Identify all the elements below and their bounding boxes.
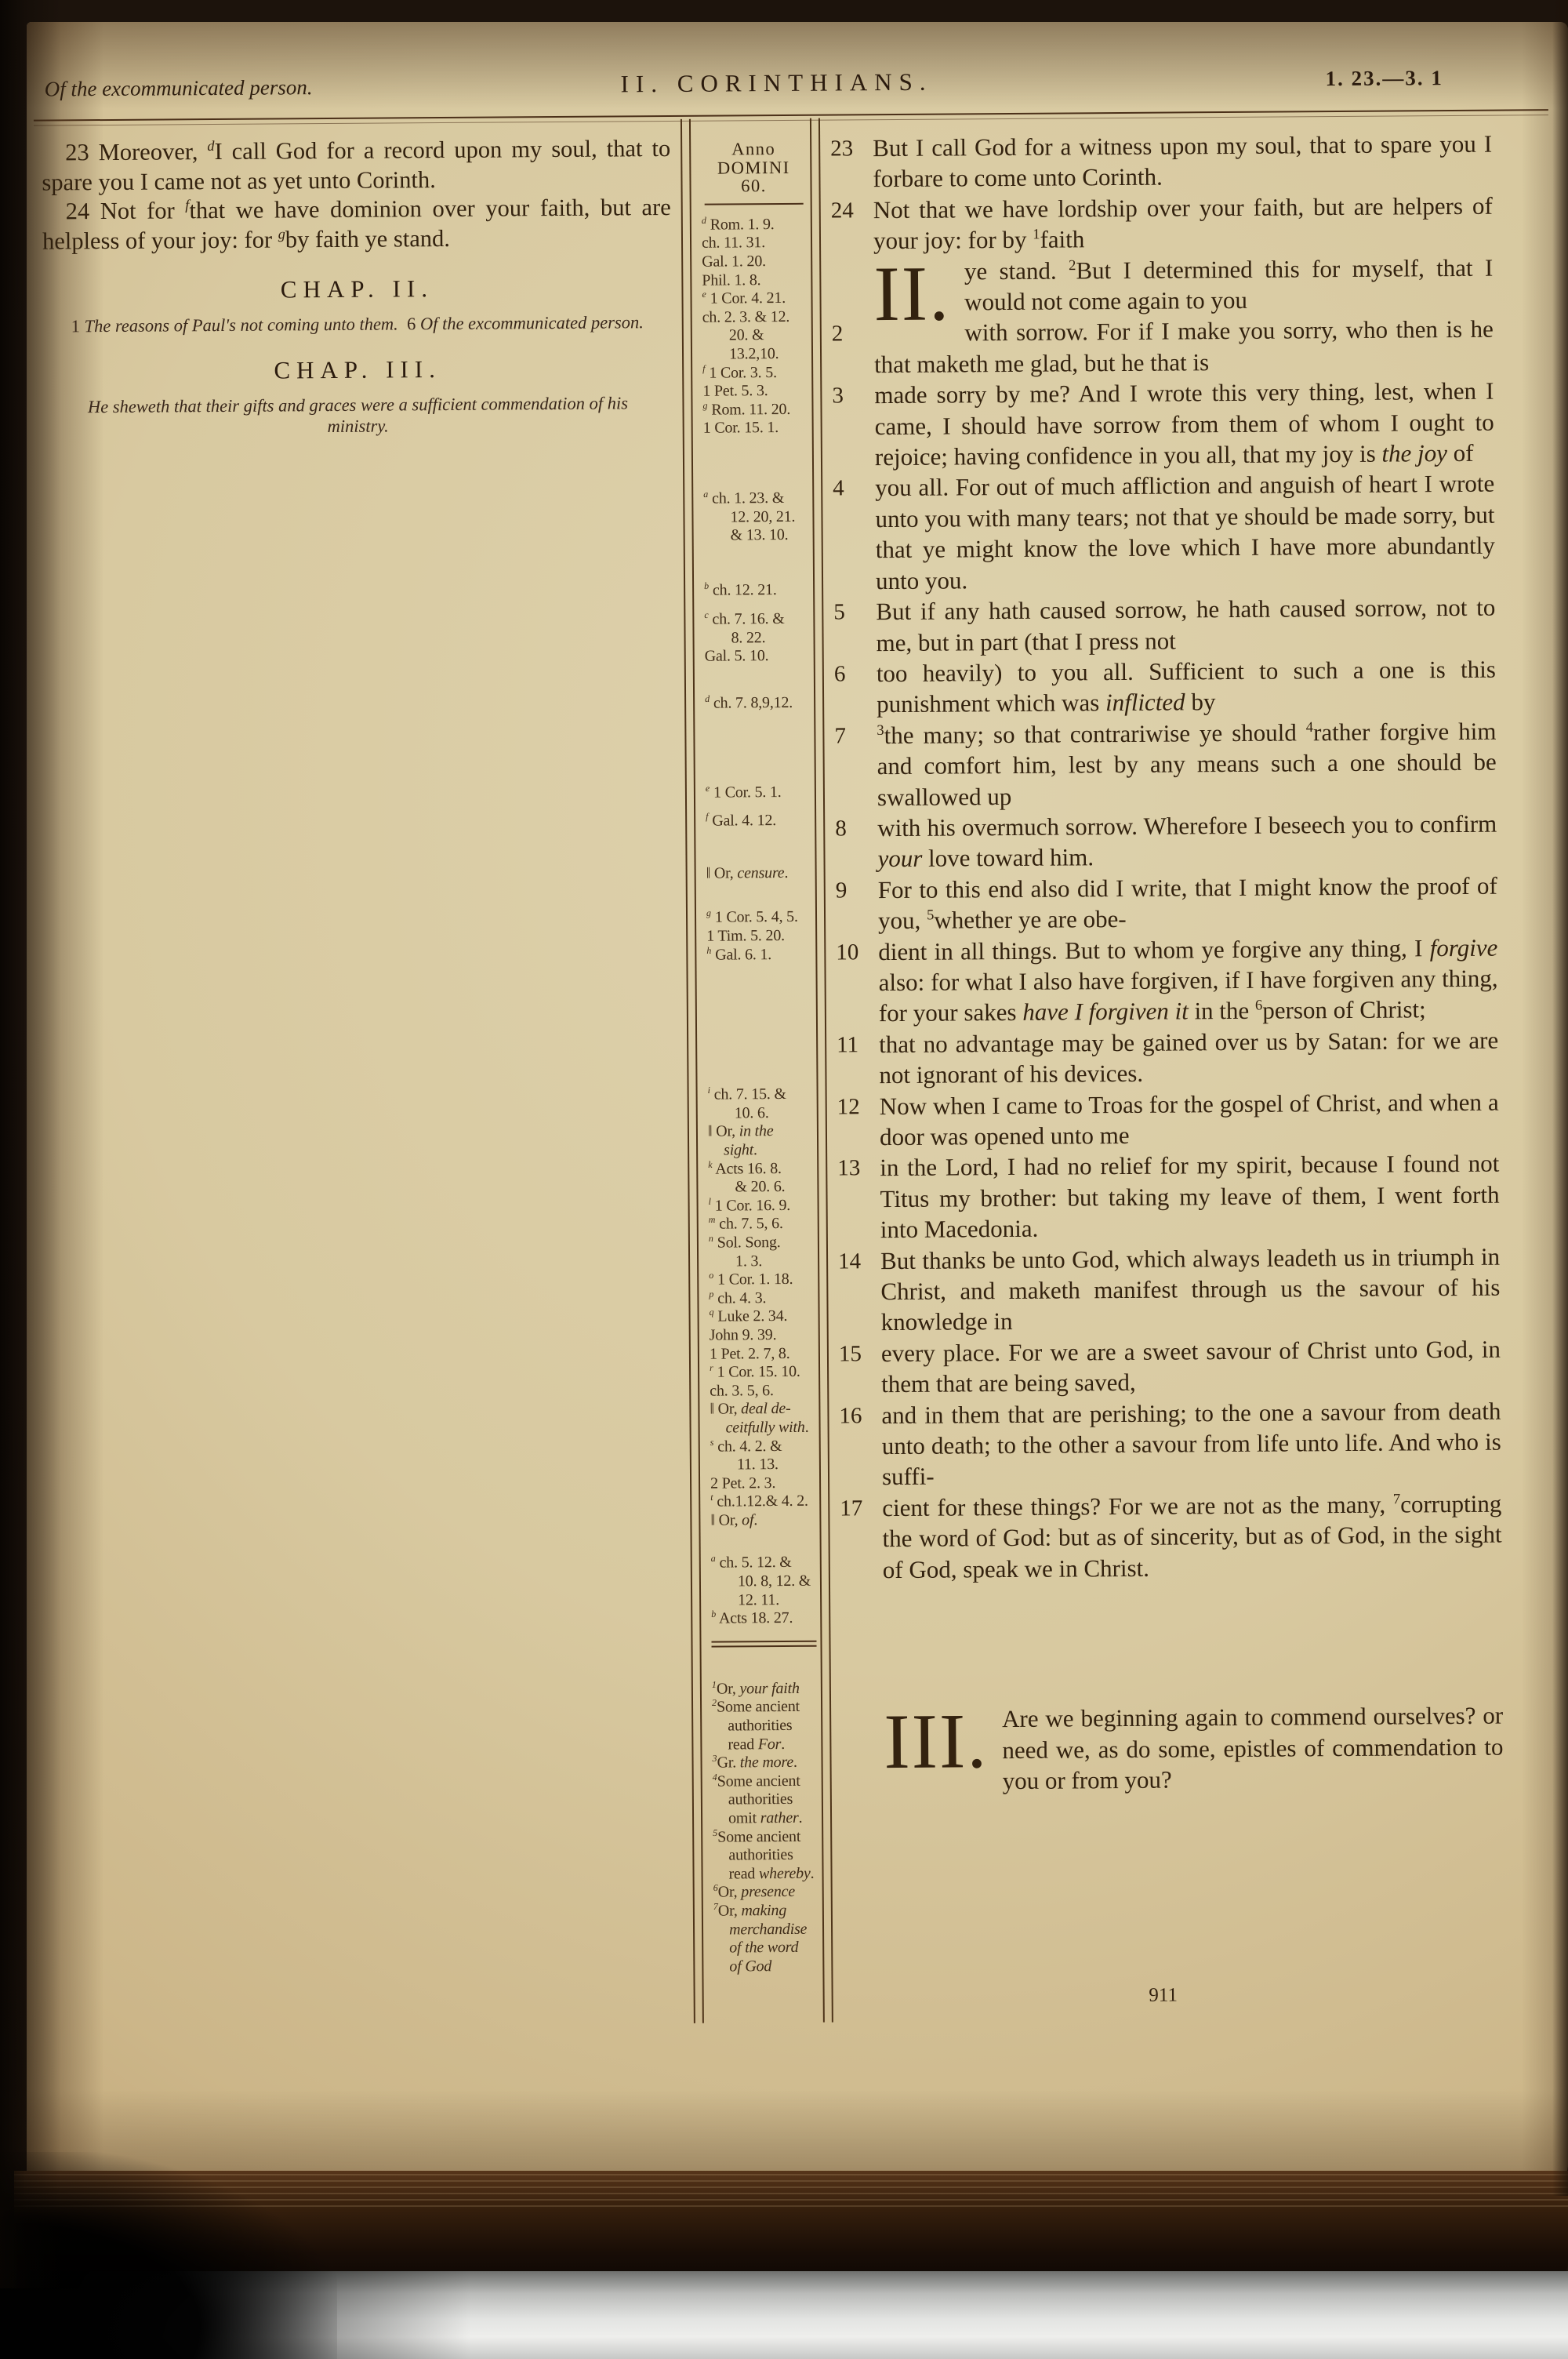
rv-verse-text: Now when I came to Troas for the gospel … (880, 1088, 1499, 1150)
margin-line: r 1 Cor. 15. 10. (710, 1363, 815, 1383)
kjv-column: 23 Moreover, dI call God for a record up… (42, 134, 673, 451)
margin-line: Gal. 1. 20. (702, 253, 807, 272)
margin-line: read whereby. (713, 1865, 818, 1885)
rv-verse-text: every place. For we are a sweet savour o… (881, 1335, 1501, 1398)
verse-number: 2 (832, 319, 869, 351)
margin-line: & 13. 10. (704, 526, 809, 546)
margin-line: of the word (713, 1939, 818, 1958)
rv-verse: 16and in them that are perishing; to the… (837, 1395, 1501, 1492)
rv-verse-text: 3the many; so that contrariwise ye shoul… (877, 717, 1497, 810)
margin-line: authorities (713, 1790, 818, 1810)
rv-chapter3-lead-text: Are we beginning again to commend oursel… (1002, 1702, 1504, 1794)
kjv-ch2-verses (43, 345, 672, 350)
rv-verse-text: that no advantage may be gained over us … (879, 1026, 1498, 1089)
margin-line: q Luke 2. 34. (710, 1307, 815, 1327)
margin-line: o 1 Cor. 1. 18. (709, 1270, 814, 1290)
margin-line: 8. 22. (704, 629, 809, 649)
rv-verse: 12Now when I came to Troas for the gospe… (836, 1086, 1500, 1153)
rv-verse: 73the many; so that contrariwise ye shou… (833, 715, 1497, 812)
margin-line: 1 Pet. 2. 7, 8. (710, 1344, 815, 1364)
verse-number: 4 (833, 474, 870, 505)
margin-line: 2Some ancient (712, 1698, 817, 1717)
running-head-verse-range: 1. 23.—3. 1 (1325, 66, 1505, 92)
rv-verse: 10dient in all things. But to whom ye fo… (834, 932, 1498, 1029)
margin-line: ceitfully with. (710, 1419, 815, 1438)
margin-line (705, 203, 804, 205)
chap2-heading: CHAP. II. (42, 272, 671, 306)
rv-verse-text: cient for these things? For we are not a… (882, 1489, 1502, 1583)
rv-verse: 24Not that we have lordship over your fa… (829, 190, 1494, 256)
margin-line: g 1 Cor. 5. 4, 5. (706, 908, 811, 928)
rv-verse: 6too heavily) to you all. Sufficient to … (833, 654, 1497, 721)
margin-line: ‖ Or, in the (708, 1122, 813, 1142)
rv-verse-text: made sorry by me? And I wrote this very … (874, 377, 1494, 471)
margin-line: h Gal. 6. 1. (706, 945, 811, 965)
spine-shadow (0, 0, 61, 2288)
margin-line: 3Gr. the more. (712, 1754, 817, 1773)
margin-line: 11. 13. (710, 1456, 815, 1475)
verse-number: 13 (837, 1154, 875, 1185)
margin-line: e 1 Cor. 5. 1. (706, 783, 811, 802)
rv-verse: 9For to this end also did I write, that … (834, 870, 1498, 936)
margin-line: authorities (713, 1846, 818, 1866)
verse-number: 23 (830, 133, 868, 165)
margin-line: a ch. 1. 23. & (703, 489, 808, 509)
rv-verse-text: For to this end also did I write, that I… (878, 871, 1497, 934)
verse-number: 16 (839, 1401, 877, 1432)
margin-line: f Gal. 4. 12. (706, 812, 811, 831)
rv-verse-text: in the Lord, I had no relief for my spir… (880, 1150, 1500, 1243)
margin-line: b ch. 12. 21. (704, 580, 809, 600)
verse-number: 11 (837, 1030, 874, 1061)
rv-verse: 14But thanks be unto God, which always l… (837, 1241, 1501, 1338)
chap3-heading: CHAP. III. (43, 353, 672, 387)
margin-line: a ch. 5. 12. & (711, 1554, 816, 1573)
margin-line: m ch. 7. 5, 6. (709, 1215, 814, 1234)
margin-line: Anno (701, 140, 806, 159)
margin-line: t ch.1.12.& 4. 2. (710, 1492, 815, 1512)
rv-ch2-verses: 2with sorrow. For if I make you sorry, w… (830, 314, 1502, 1586)
rv-verse-text: Not that we have lordship over your fait… (873, 191, 1493, 254)
right-page-edge-shadow (1552, 0, 1568, 2196)
verse-number: 15 (839, 1339, 877, 1370)
chapter-3-numeral: III. (884, 1710, 988, 1773)
rv-verse: 2with sorrow. For if I make you sorry, w… (830, 314, 1494, 380)
margin-line: 1. 3. (709, 1252, 814, 1271)
rv-verse: 5But if any hath caused sorrow, he hath … (832, 592, 1496, 659)
margin-line: Phil. 1. 8. (702, 271, 807, 290)
margin-line: 12. 11. (711, 1590, 816, 1610)
rv-verse: 17cient for these things? For we are not… (838, 1488, 1502, 1585)
verse-number: 12 (837, 1092, 875, 1123)
header-rule (34, 109, 1548, 125)
margin-line: ‖ Or, censure. (706, 864, 811, 884)
rv-verse: 3made sorry by me? And I wrote this very… (830, 376, 1494, 473)
chap3-summary: He sheweth that their gifts and graces w… (64, 392, 652, 438)
rv-verse: 23But I call God for a witness upon my s… (829, 129, 1493, 195)
margin-reference-column: AnnoDOMINI60.d Rom. 1. 9.ch. 11. 31.Gal.… (701, 140, 818, 1976)
rv-verse-text: But thanks be unto God, which always lea… (880, 1242, 1501, 1336)
rv-column: 23But I call God for a witness upon my s… (829, 129, 1504, 1797)
margin-line: Gal. 5. 10. (705, 647, 810, 667)
margin-line (711, 1641, 816, 1648)
kjv-ch3-verses (44, 447, 673, 452)
column-divider-left (681, 119, 704, 2023)
rv-verse-text: you all. For out of much affliction and … (875, 470, 1495, 594)
rv-chapter3-start: III.Are we beginning again to commend ou… (840, 1700, 1504, 1797)
rv-verse-text: with sorrow. For if I make you sorry, wh… (874, 315, 1494, 378)
margin-line: 4Some ancient (713, 1772, 818, 1792)
chapter-2-numeral: II. (873, 262, 950, 325)
rv-verse-text: But if any hath caused sorrow, he hath c… (876, 594, 1495, 656)
margin-line: f 1 Cor. 3. 5. (702, 363, 808, 383)
margin-line: l 1 Cor. 16. 9. (709, 1197, 814, 1216)
verse-number: 6 (834, 659, 872, 690)
verse-number: 8 (835, 813, 873, 845)
verse-number: 7 (834, 721, 872, 752)
margin-line: b Acts 18. 27. (711, 1609, 816, 1629)
rv-verse: 13in the Lord, I had no relief for my sp… (836, 1148, 1500, 1245)
rv-verse: 15every place. For we are a sweet savour… (837, 1333, 1501, 1400)
rv-ch1-verses: 23But I call God for a witness upon my s… (829, 129, 1493, 257)
rv-verse-text: too heavily) to you all. Sufficient to s… (877, 656, 1496, 718)
margin-line: merchandise (713, 1920, 818, 1939)
scanned-bible-page-photo: Of the excommunicated person. II. CORINT… (0, 0, 1568, 2359)
margin-line: ‖ Or, of. (710, 1511, 815, 1531)
rv-verse-text: with his overmuch sorrow. Wherefore I be… (877, 810, 1497, 873)
margin-line: 1Or, your faith (712, 1680, 817, 1699)
chap2-summary: 1 The reasons of Paul's not coming unto … (64, 311, 652, 336)
margin-line: 10. 6. (708, 1104, 813, 1124)
margin-line: & 20. 6. (708, 1178, 813, 1198)
margin-line: ch. 2. 3. & 12. (702, 308, 808, 328)
page-number: 911 (842, 1983, 1485, 2009)
margin-line: 12. 20, 21. (703, 507, 808, 527)
margin-line: 6Or, presence (713, 1883, 818, 1903)
margin-line: 2 Pet. 2. 3. (710, 1474, 815, 1493)
margin-line: k Acts 16. 8. (708, 1159, 813, 1179)
margin-line: 1 Cor. 15. 1. (703, 419, 808, 438)
verse-number: 14 (838, 1246, 876, 1278)
margin-line: John 9. 39. (710, 1326, 815, 1346)
kjv-verse: 24 Not for fthat we have dominion over y… (42, 193, 672, 256)
margin-line: authorities (712, 1717, 817, 1736)
margin-line: ch. 11. 31. (702, 234, 807, 253)
verse-number: 9 (836, 875, 873, 907)
margin-line: DOMINI (701, 158, 806, 177)
margin-line: c ch. 7. 16. & (704, 610, 809, 630)
margin-line: e 1 Cor. 4. 21. (702, 289, 807, 309)
running-head-title: II. CORINTHIANS. (16, 64, 1537, 103)
rv-verse: 4you all. For out of much affliction and… (831, 468, 1495, 597)
margin-line: 60. (701, 176, 806, 196)
kjv-ch1-verses: 23 Moreover, dI call God for a record up… (42, 134, 671, 256)
margin-line: ch. 3. 5, 6. (710, 1381, 815, 1401)
margin-line: p ch. 4. 3. (709, 1289, 814, 1308)
margin-line: 10. 8, 12. & (711, 1572, 816, 1592)
margin-line: ‖ Or, deal de- (710, 1400, 815, 1419)
kjv-verse: 23 Moreover, dI call God for a record up… (42, 134, 671, 198)
margin-line: 1 Pet. 5. 3. (702, 382, 808, 402)
margin-line: sight. (708, 1141, 813, 1161)
margin-line: of God (713, 1957, 818, 1976)
rv-verse-text: dient in all things. But to whom ye forg… (878, 933, 1498, 1027)
rv-verse: 8with his overmuch sorrow. Wherefore I b… (833, 809, 1497, 875)
rv-chapter2-start: II.ye stand. 2But I determined this for … (829, 252, 1494, 318)
rv-verse-text: But I call God for a witness upon my sou… (873, 130, 1492, 193)
rv-verse-text: and in them that are perishing; to the o… (881, 1397, 1501, 1490)
rv-chapter2-lead-text: ye stand. 2But I determined this for mys… (964, 253, 1494, 315)
margin-line: omit rather. (713, 1809, 818, 1829)
margin-line: 1 Tim. 5. 20. (706, 927, 811, 947)
margin-line: d ch. 7. 8,9,12. (705, 694, 810, 714)
margin-line: 5Some ancient (713, 1827, 818, 1847)
margin-line: 7Or, making (713, 1902, 818, 1921)
rv-verse: 11that no advantage may be gained over u… (835, 1024, 1499, 1091)
verse-number: 24 (831, 195, 869, 227)
margin-line: i ch. 7. 15. & (708, 1085, 813, 1105)
verse-number: 5 (833, 597, 871, 628)
margin-line: s ch. 4. 2. & (710, 1437, 815, 1456)
verse-number: 3 (832, 380, 869, 412)
margin-line: g Rom. 11. 20. (702, 400, 808, 420)
margin-line: read For. (712, 1735, 817, 1754)
page-content: Of the excommunicated person. II. CORINT… (0, 0, 1568, 2359)
margin-line: n Sol. Song. (709, 1234, 814, 1253)
margin-line: d Rom. 1. 9. (702, 216, 807, 235)
verse-number: 10 (836, 937, 873, 969)
verse-number: 17 (840, 1493, 877, 1525)
margin-line: 20. & 13.2,10. (702, 326, 808, 364)
